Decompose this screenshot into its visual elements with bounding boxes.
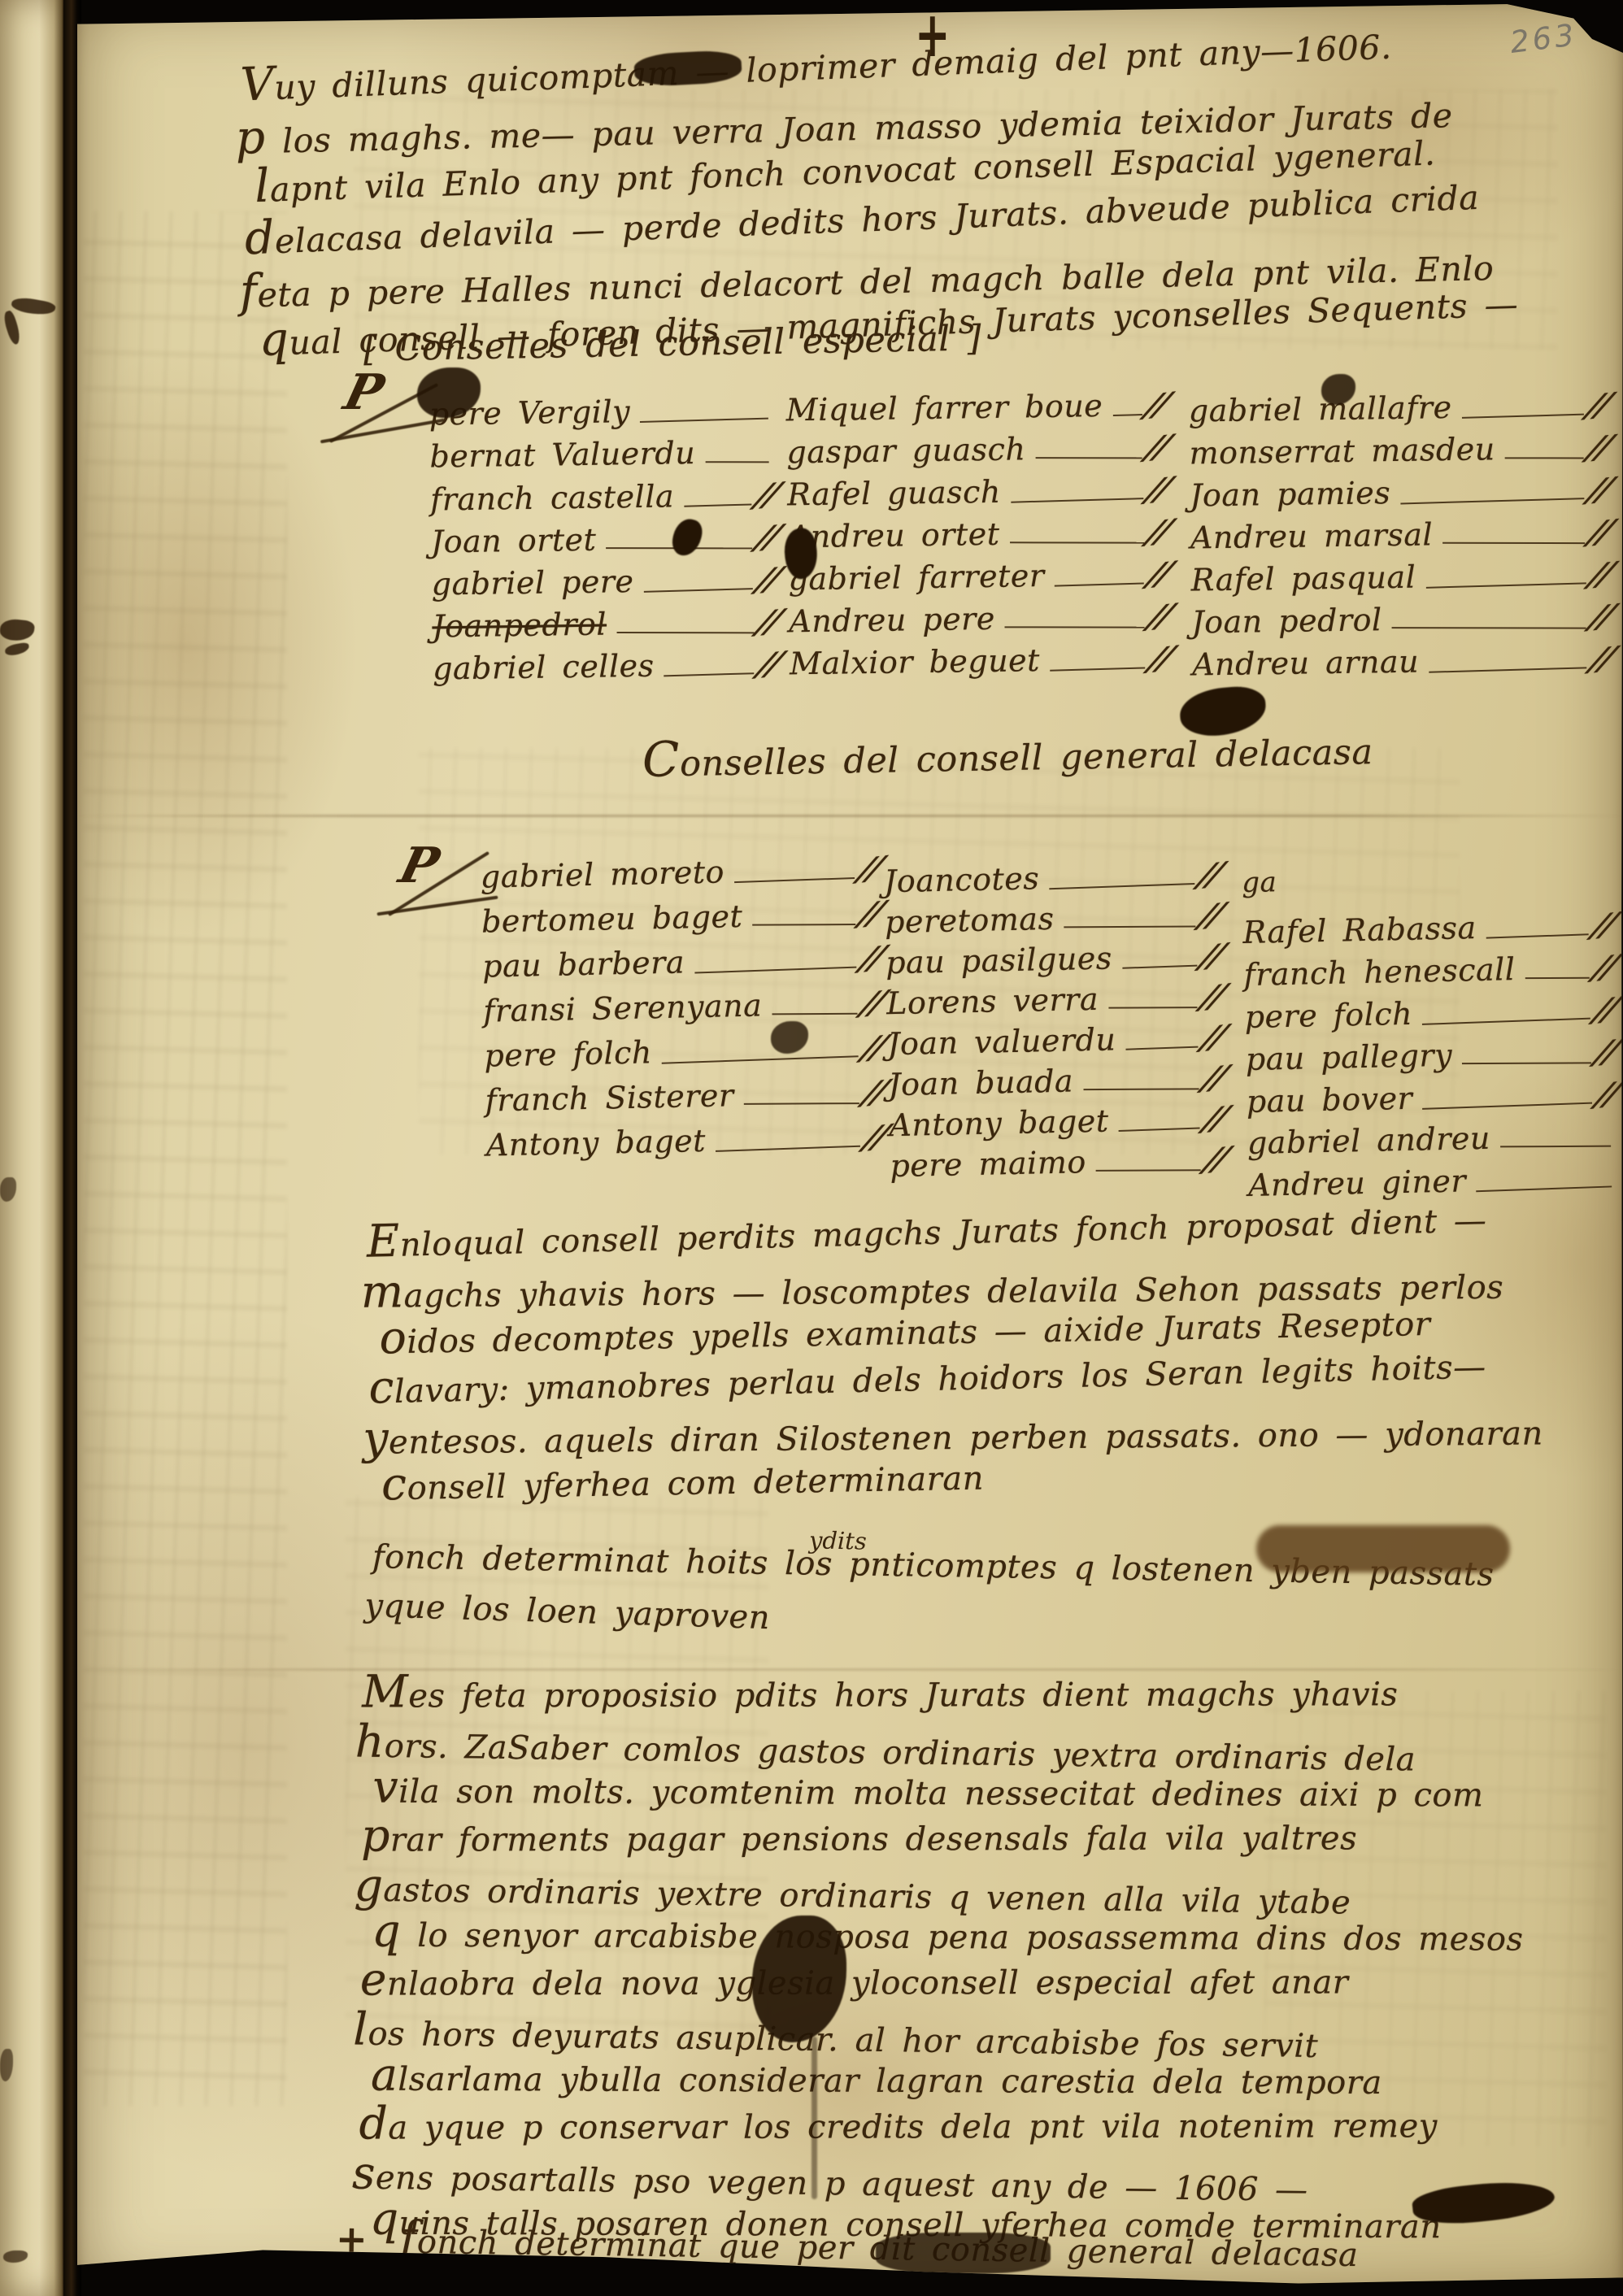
connector-line bbox=[1083, 1088, 1199, 1090]
council-member-name: Joancotes bbox=[884, 860, 1040, 899]
connector-line bbox=[1005, 626, 1145, 628]
council-member-name: Andreu pere bbox=[789, 601, 995, 640]
facing-page-ink-fragment bbox=[2, 310, 23, 346]
connector-line bbox=[1400, 498, 1584, 504]
connector-line bbox=[1500, 1146, 1611, 1148]
connector-line bbox=[1050, 667, 1145, 671]
connector-line bbox=[640, 418, 768, 423]
council-member-row: pau pasilgues // bbox=[885, 937, 1221, 985]
tally-mark: // bbox=[1197, 1017, 1230, 1056]
connector-line bbox=[1476, 1185, 1612, 1192]
tally-mark: // bbox=[1583, 470, 1616, 509]
tally-mark: // bbox=[1142, 554, 1176, 594]
council-member-name: Rafel Rabassa bbox=[1242, 910, 1477, 950]
tally-mark: // bbox=[1586, 639, 1619, 678]
council-member-row: Andreu marsal // bbox=[1190, 513, 1610, 561]
council-member-name: gabriel pere bbox=[431, 563, 633, 602]
council-member-name: bernat Valuerdu bbox=[429, 435, 695, 475]
council-member-name: franch henescall bbox=[1243, 951, 1516, 993]
special-council-column-3: gabriel mallafre // monserrat masdeu // … bbox=[1177, 380, 1616, 688]
council-member-name: pau pasilgues bbox=[885, 940, 1112, 981]
manuscript-line: alsarlama ybulla considerar lagran cares… bbox=[371, 2054, 1623, 2106]
council-member-name: franch Sisterer bbox=[485, 1077, 734, 1118]
tally-mark: // bbox=[1141, 428, 1174, 467]
connector-line bbox=[1112, 414, 1142, 416]
council-member-row: pere maimo // bbox=[890, 1141, 1225, 1189]
general-council-column-1: gabriel moreto // bertomeu baget // pau … bbox=[402, 850, 885, 1227]
connector-line bbox=[664, 672, 755, 676]
council-member-name: Andreu ortet bbox=[788, 516, 1000, 555]
connector-line bbox=[1486, 933, 1589, 938]
council-member-name: bertomeu baget bbox=[481, 898, 743, 940]
heading-general-council: Conselles del consell general delacasa bbox=[642, 719, 1373, 788]
council-member-row: Joan pedrol // bbox=[1191, 598, 1611, 646]
tally-mark: // bbox=[1587, 905, 1621, 944]
connector-line bbox=[1126, 1046, 1199, 1050]
facing-page-edge bbox=[0, 0, 63, 2296]
general-council-column-3: ga Rafel Rabassa // franch henescall // … bbox=[1228, 834, 1621, 1210]
tally-mark: // bbox=[1144, 639, 1177, 678]
council-member-row: gabriel moreto // bbox=[480, 850, 879, 902]
manuscript-line: q lo senyor arcabisbe nosposa pena posas… bbox=[372, 1910, 1623, 1962]
manuscript-line: Mes feta proposisio pdits hors Jurats di… bbox=[362, 1668, 1623, 1719]
connector-line bbox=[1422, 1102, 1592, 1110]
connector-line bbox=[684, 503, 751, 507]
tally-mark: // bbox=[1588, 947, 1621, 986]
council-member-row: Joanpedrol // bbox=[432, 603, 778, 650]
council-member-name: Joan pedrol bbox=[1191, 602, 1382, 640]
tally-mark: // bbox=[1582, 428, 1616, 467]
marginal-cross: + bbox=[336, 2217, 368, 2262]
council-member-name: pau barbera bbox=[482, 944, 685, 984]
council-member-row: peretomas // bbox=[885, 897, 1221, 945]
connector-line bbox=[716, 1146, 860, 1152]
council-member-row: Joan ortet // bbox=[431, 519, 777, 566]
interlinear-insertion: ydits bbox=[809, 1526, 867, 1555]
council-member-name: peretomas bbox=[885, 901, 1055, 940]
council-member-name: pau pallegry bbox=[1245, 1037, 1452, 1077]
connector-line bbox=[1462, 1062, 1591, 1064]
council-member-name: Joan buada bbox=[888, 1063, 1074, 1102]
council-member-row: pau barbera // bbox=[482, 939, 881, 992]
council-member-name: fransi Serenyana bbox=[483, 987, 763, 1028]
council-member-name: Miquel farrer boue bbox=[785, 388, 1103, 428]
tally-mark: // bbox=[1584, 554, 1617, 594]
ink-drip bbox=[811, 2037, 817, 2199]
ink-blot-strikeout bbox=[876, 2233, 1051, 2273]
show-through-text bbox=[84, 211, 287, 2106]
proposal-paragraph-1: Enloqual consell perdits magchs Jurats f… bbox=[367, 1202, 1615, 1512]
connector-line bbox=[1425, 582, 1586, 588]
council-member-row: Joan valuerdu // bbox=[887, 1019, 1223, 1067]
tally-mark: // bbox=[1582, 385, 1615, 424]
council-member-row: Rafel guasch // bbox=[787, 471, 1168, 519]
connector-line bbox=[662, 1055, 859, 1063]
connector-line bbox=[1462, 414, 1583, 419]
connector-line bbox=[1505, 457, 1584, 459]
council-member-row: gabriel pere // bbox=[431, 561, 777, 608]
council-member-row: pere folch // bbox=[484, 1028, 883, 1081]
council-member-row: Antony baget // bbox=[485, 1118, 885, 1171]
facing-page-ink-fragment bbox=[3, 2250, 28, 2263]
council-member-name: gabriel moreto bbox=[480, 854, 724, 894]
tally-mark: // bbox=[1142, 470, 1175, 509]
connector-line bbox=[1525, 977, 1590, 979]
council-member-row: pau bover // bbox=[1246, 1075, 1616, 1125]
council-member-name: Lorens verra bbox=[886, 981, 1099, 1021]
general-council-list: gabriel moreto // bertomeu baget // pau … bbox=[402, 834, 1621, 1227]
council-member-row: fransi Serenyana // bbox=[483, 984, 882, 1037]
council-member-row: Andreu ortet // bbox=[788, 513, 1168, 561]
council-member-name: pere folch bbox=[484, 1034, 652, 1073]
council-member-name: Antony baget bbox=[889, 1103, 1109, 1144]
council-member-row: gaspar guasch // bbox=[786, 428, 1167, 476]
council-member-row: Joan buada // bbox=[888, 1059, 1224, 1107]
general-council-column-2: Joancotes // peretomas // pau pasilgues … bbox=[878, 842, 1235, 1217]
connector-line bbox=[644, 588, 753, 593]
connector-line bbox=[1442, 542, 1585, 544]
tally-mark: // bbox=[1194, 895, 1228, 934]
tally-mark: // bbox=[1589, 989, 1622, 1028]
connector-line bbox=[616, 632, 754, 633]
council-member-row: Antony baget // bbox=[889, 1100, 1225, 1148]
connector-line bbox=[1011, 498, 1143, 503]
connector-line bbox=[1429, 667, 1586, 672]
council-member-name: Andreu marsal bbox=[1190, 516, 1434, 555]
manuscript-line: vila son molts. ycomtenim molta nessecit… bbox=[372, 1766, 1623, 1818]
facing-page-ink-fragment bbox=[4, 641, 30, 656]
tally-mark: // bbox=[1583, 512, 1616, 551]
connector-line bbox=[1108, 1007, 1198, 1009]
connector-line bbox=[1010, 541, 1144, 543]
council-member-name: Joan ortet bbox=[431, 522, 597, 560]
connector-line bbox=[734, 877, 855, 883]
tally-mark: // bbox=[1143, 597, 1177, 636]
council-member-row: franch Sisterer // bbox=[485, 1073, 884, 1126]
connector-line bbox=[744, 1102, 859, 1105]
connector-line bbox=[772, 1013, 857, 1015]
marginal-note: ga bbox=[1242, 859, 1612, 915]
council-member-row: gabriel mallafre // bbox=[1188, 386, 1608, 434]
council-member-row: franch castella // bbox=[430, 476, 777, 524]
tally-mark: // bbox=[1194, 854, 1227, 894]
facing-page-ink-fragment bbox=[0, 1177, 16, 1202]
council-member-row: Rafel Rabassa // bbox=[1242, 907, 1613, 957]
manuscript-line: prar forments pagar pensions desensals f… bbox=[361, 1812, 1623, 1863]
council-member-name: gabriel mallafre bbox=[1189, 389, 1452, 429]
council-member-row: gabriel farreter // bbox=[788, 555, 1168, 603]
connector-line bbox=[1055, 583, 1144, 587]
tally-mark: // bbox=[1590, 1032, 1623, 1071]
council-member-row: Andreu arnau // bbox=[1192, 640, 1612, 688]
special-council-column-1: pere Vergily bernat Valuerdu franch cast… bbox=[355, 392, 778, 700]
council-member-row: Joan pamies // bbox=[1190, 471, 1609, 519]
connector-line bbox=[705, 461, 768, 463]
tally-mark: // bbox=[1195, 936, 1229, 975]
council-member-row: Joancotes // bbox=[884, 856, 1220, 904]
tally-mark: // bbox=[1198, 1058, 1231, 1097]
general-council-column-3-names: Rafel Rabassa // franch henescall // per… bbox=[1242, 907, 1619, 1210]
council-member-row: Miquel farrer boue // bbox=[785, 386, 1166, 434]
connector-line bbox=[1422, 1018, 1590, 1025]
council-member-name: monserrat masdeu bbox=[1189, 431, 1495, 471]
council-member-name: Joan pamies bbox=[1190, 475, 1391, 513]
connector-line bbox=[752, 924, 855, 926]
council-member-row: monserrat masdeu // bbox=[1189, 428, 1608, 476]
council-member-name: Rafel pasqual bbox=[1190, 559, 1416, 598]
tally-mark: // bbox=[1196, 976, 1229, 1015]
intro-paragraph: Vuy dilluns quicomptam — loprimer demaig… bbox=[240, 24, 1614, 369]
connector-line bbox=[1050, 883, 1195, 889]
council-member-name: Antony baget bbox=[485, 1123, 706, 1163]
tally-mark: // bbox=[1142, 512, 1175, 551]
connector-line bbox=[1392, 627, 1586, 628]
tally-mark: // bbox=[1585, 597, 1618, 636]
council-member-row: gabriel celles // bbox=[433, 646, 779, 693]
connector-line bbox=[1064, 926, 1196, 928]
council-member-name: gabriel andreu bbox=[1247, 1120, 1490, 1161]
council-member-name: Malxior beguet bbox=[790, 642, 1040, 681]
special-council-column-2: Miquel farrer boue // gaspar guasch // R… bbox=[774, 386, 1181, 694]
brown-smear-stain bbox=[1256, 1525, 1510, 1572]
council-member-row: bertomeu baget // bbox=[481, 894, 881, 947]
council-member-row: Malxior beguet // bbox=[790, 640, 1170, 688]
council-member-name: pau bover bbox=[1246, 1081, 1412, 1120]
council-member-name: franch castella bbox=[430, 478, 674, 517]
connector-line bbox=[694, 967, 856, 974]
council-member-row: Rafel pasqual // bbox=[1190, 555, 1610, 603]
tally-mark: // bbox=[1140, 385, 1173, 424]
council-member-name: Andreu arnau bbox=[1192, 644, 1419, 683]
manuscript-page: 263 + Vuy dilluns quicomptam — loprimer … bbox=[77, 0, 1623, 2296]
council-member-row: bernat Valuerdu bbox=[429, 434, 776, 481]
connector-line bbox=[1096, 1169, 1201, 1172]
facing-page-ink-fragment bbox=[0, 618, 35, 642]
special-council-list: pere Vergily bernat Valuerdu franch cast… bbox=[355, 380, 1616, 700]
council-member-name: Joan valuerdu bbox=[887, 1021, 1116, 1062]
proposal-paragraph-2: Mes feta proposisio pdits hors Jurats di… bbox=[359, 1671, 1623, 2255]
council-member-name: gabriel farreter bbox=[788, 558, 1044, 597]
council-member-row: Lorens verra // bbox=[886, 978, 1222, 1026]
tally-mark: // bbox=[1199, 1139, 1233, 1178]
connector-line bbox=[1119, 1127, 1200, 1131]
facing-page-ink-fragment bbox=[0, 2049, 13, 2081]
council-member-name: Rafel guasch bbox=[787, 474, 1001, 513]
council-member-row: franch henescall // bbox=[1243, 949, 1614, 999]
council-member-name: gabriel celles bbox=[433, 648, 655, 687]
council-member-row: pau pallegry // bbox=[1245, 1033, 1616, 1083]
manuscript-line: da yque p conservar los credits dela pnt… bbox=[359, 2100, 1623, 2150]
manuscript-line: enlaobra dela nova yglesia yloconsell es… bbox=[360, 1956, 1623, 2007]
tally-mark: // bbox=[1590, 1074, 1623, 1113]
council-member-name: pere maimo bbox=[890, 1144, 1086, 1184]
council-member-name: gaspar guasch bbox=[786, 431, 1026, 470]
tally-mark: // bbox=[1199, 1098, 1232, 1137]
facing-page-ink-fragment bbox=[11, 295, 56, 317]
council-member-row: pere Vergily bbox=[429, 392, 775, 439]
connector-line bbox=[1122, 965, 1197, 969]
council-member-name: Joanpedrol bbox=[432, 607, 607, 645]
council-member-row: Andreu pere // bbox=[789, 598, 1169, 646]
fold-crease bbox=[77, 815, 1623, 817]
connector-line bbox=[1036, 457, 1142, 459]
council-member-row: gabriel andreu bbox=[1247, 1117, 1617, 1168]
council-member-row: pere folch // bbox=[1244, 990, 1615, 1041]
council-member-name: pere folch bbox=[1244, 996, 1412, 1035]
